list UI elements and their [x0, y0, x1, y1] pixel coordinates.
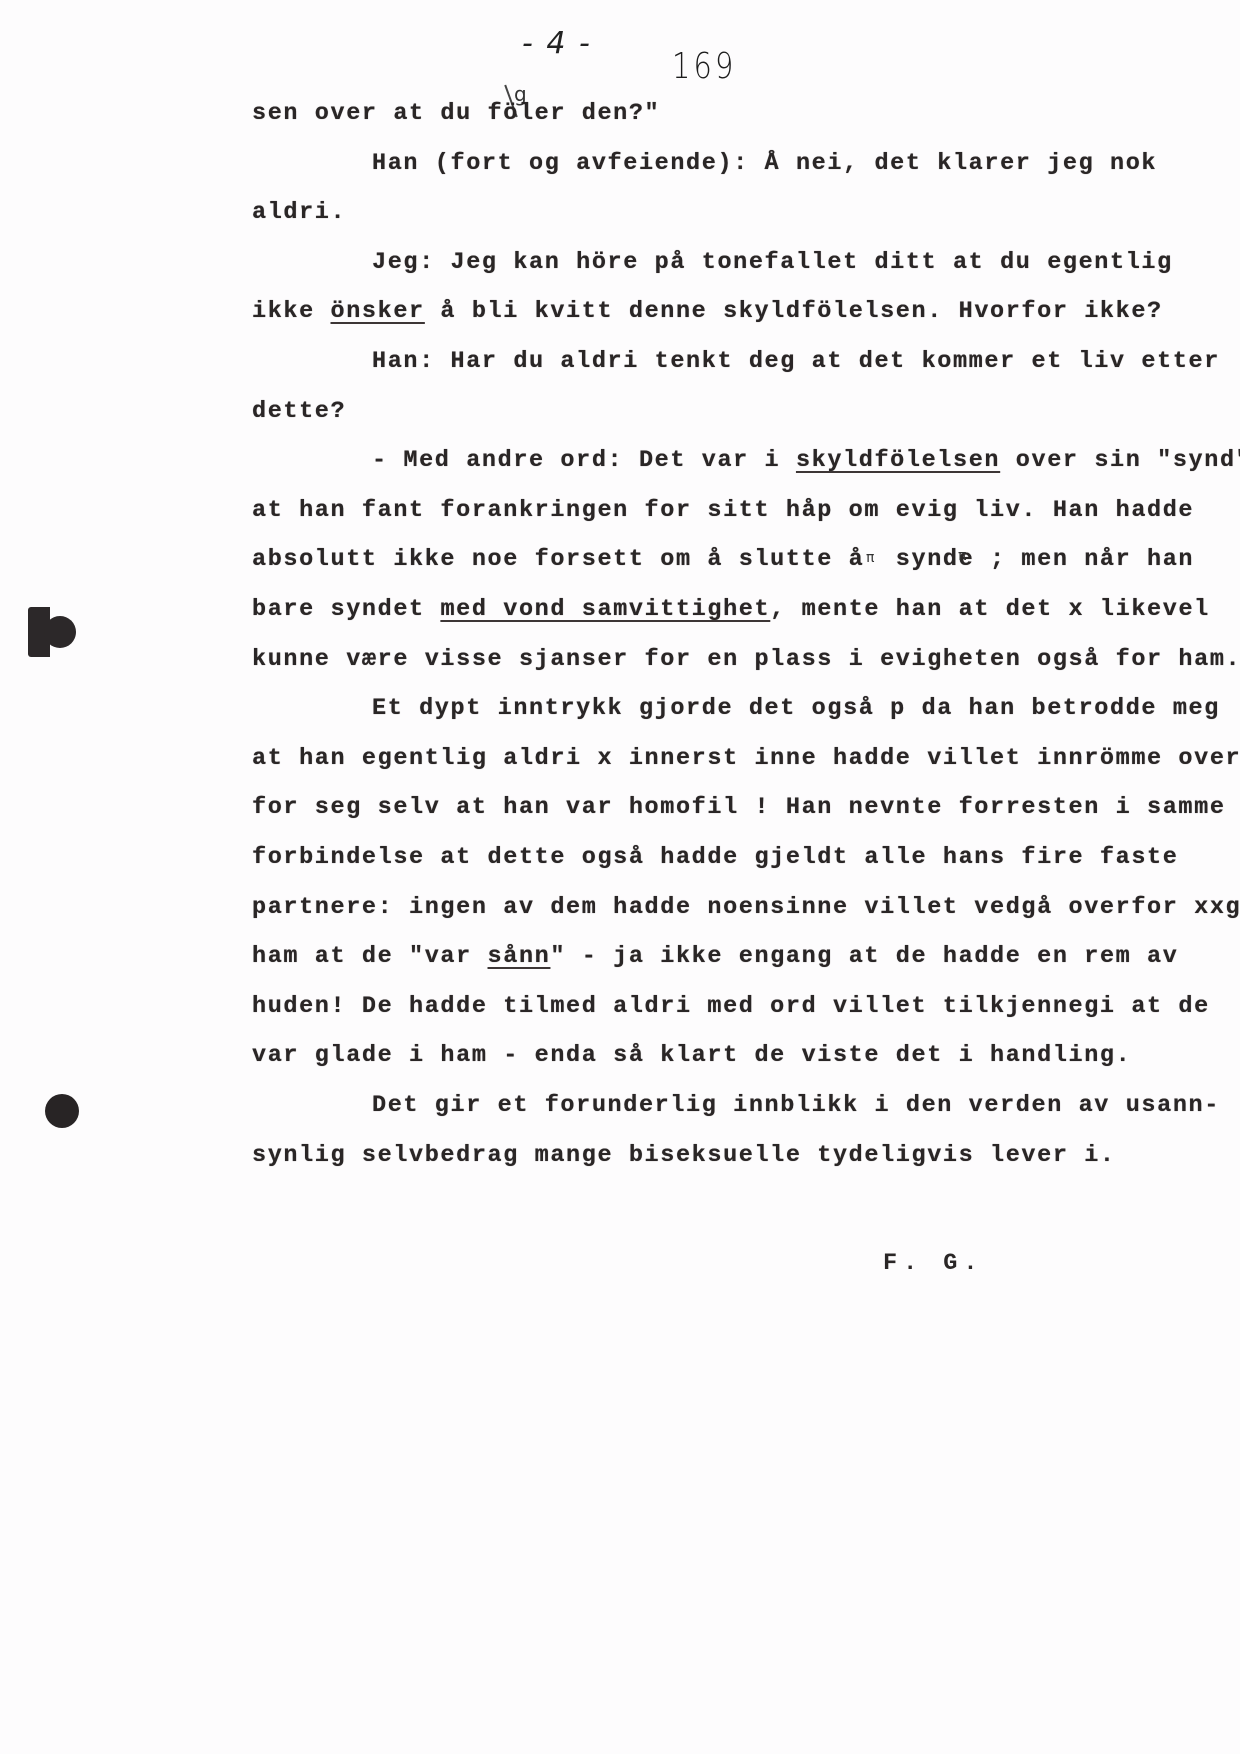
- text-segment: ham at de "var: [252, 943, 488, 970]
- text-line: absolutt ikke noe forsett om å slutte å …: [252, 546, 1194, 574]
- text-line: synlig selvbedrag mange biseksuelle tyde…: [252, 1142, 1116, 1170]
- punch-hole-top-round: [44, 616, 76, 648]
- text-line: aldri.: [252, 199, 346, 227]
- text-line: sen over at du föler den?": [252, 100, 660, 128]
- text-segment: å bli kvitt denne skyldfölelsen. Hvorfor…: [425, 298, 1163, 325]
- text-segment: bare syndet: [252, 596, 440, 623]
- text-segment: absolutt ikke noe forsett om å slutte å …: [252, 546, 1194, 573]
- signature: F. G.: [883, 1250, 984, 1277]
- underlined-text: skyldfölelsen: [796, 447, 1000, 474]
- underlined-text: önsker: [331, 298, 425, 325]
- text-line: huden! De hadde tilmed aldri med ord vil…: [252, 993, 1210, 1021]
- text-line: Jeg: Jeg kan höre på tonefallet ditt at …: [372, 249, 1173, 277]
- text-segment: kunne være visse sjanser for en plass i …: [252, 646, 1240, 673]
- text-line: Han: Har du aldri tenkt deg at det komme…: [372, 348, 1220, 376]
- text-segment: sen over at du föler den?": [252, 100, 660, 127]
- text-line: var glade i ham - enda så klart de viste…: [252, 1042, 1131, 1070]
- text-segment: var glade i ham - enda så klart de viste…: [252, 1042, 1131, 1069]
- underlined-text: sånn: [488, 943, 551, 970]
- text-segment: for seg selv at han var homofil ! Han ne…: [252, 794, 1226, 821]
- text-segment: - Med andre ord: Det var i: [372, 447, 796, 474]
- text-segment: over sin "synd": [1000, 447, 1240, 474]
- text-line: at han egentlig aldri x innerst inne had…: [252, 745, 1240, 773]
- document-page: - 4 - 169 g sen over at du föler den?"Ha…: [0, 0, 1240, 1754]
- text-segment: " - ja ikke engang at de hadde en rem av: [550, 943, 1178, 970]
- text-line: ham at de "var sånn" - ja ikke engang at…: [252, 943, 1178, 971]
- correction-mark-right: π: [958, 548, 966, 564]
- text-line: ikke önsker å bli kvitt denne skyldfölel…: [252, 298, 1163, 326]
- text-line: at han fant forankringen for sitt håp om…: [252, 497, 1194, 525]
- text-segment: huden! De hadde tilmed aldri med ord vil…: [252, 993, 1210, 1020]
- text-segment: at han egentlig aldri x innerst inne had…: [252, 745, 1240, 772]
- text-line: Et dypt inntrykk gjorde det også p da ha…: [372, 695, 1240, 723]
- page-marker: - 4 -: [522, 26, 592, 61]
- text-segment: Det gir et forunderlig innblikk i den ve…: [372, 1092, 1220, 1119]
- text-segment: synlig selvbedrag mange biseksuelle tyde…: [252, 1142, 1116, 1169]
- text-line: Det gir et forunderlig innblikk i den ve…: [372, 1092, 1220, 1120]
- underlined-text: med vond samvittighet: [440, 596, 770, 623]
- punch-hole-bottom: [45, 1094, 79, 1128]
- handwritten-page-number: 169: [672, 46, 737, 87]
- text-line: bare syndet med vond samvittighet, mente…: [252, 596, 1210, 624]
- text-segment: dette?: [252, 398, 346, 425]
- text-line: forbindelse at dette også hadde gjeldt a…: [252, 844, 1178, 872]
- text-segment: Jeg: Jeg kan höre på tonefallet ditt at …: [372, 249, 1173, 276]
- text-segment: Et dypt inntrykk gjorde det også p da ha…: [372, 695, 1240, 722]
- correction-mark-left: π: [866, 550, 874, 566]
- text-line: partnere: ingen av dem hadde noensinne v…: [252, 894, 1240, 922]
- text-segment: at han fant forankringen for sitt håp om…: [252, 497, 1194, 524]
- text-line: - Med andre ord: Det var i skyldfölelsen…: [372, 447, 1240, 475]
- text-line: for seg selv at han var homofil ! Han ne…: [252, 794, 1226, 822]
- text-segment: forbindelse at dette også hadde gjeldt a…: [252, 844, 1178, 871]
- text-segment: Han: Har du aldri tenkt deg at det komme…: [372, 348, 1220, 375]
- text-segment: , mente han at det x likevel: [770, 596, 1210, 623]
- text-line: Han (fort og avfeiende): Å nei, det klar…: [372, 150, 1157, 178]
- text-segment: Han (fort og avfeiende): Å nei, det klar…: [372, 150, 1157, 177]
- text-segment: partnere: ingen av dem hadde noensinne v…: [252, 894, 1240, 921]
- text-line: dette?: [252, 398, 346, 426]
- text-segment: aldri.: [252, 199, 346, 226]
- text-line: kunne være visse sjanser for en plass i …: [252, 646, 1240, 674]
- text-segment: ikke: [252, 298, 331, 325]
